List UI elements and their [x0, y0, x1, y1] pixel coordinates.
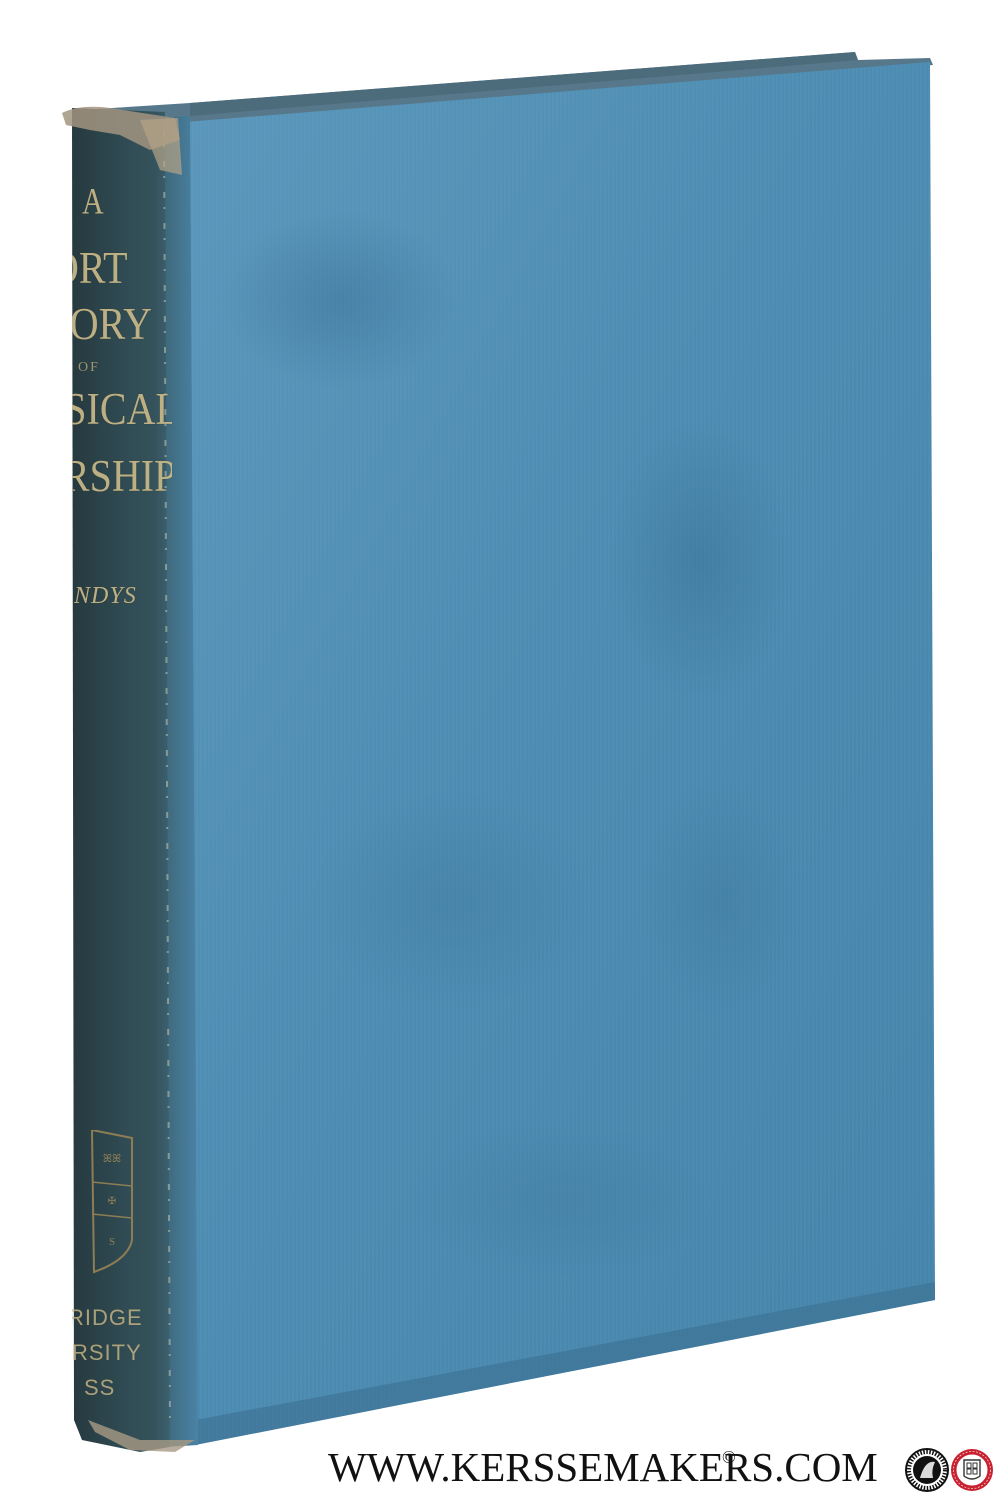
product-photo: ꕤꕤ ✠ S A ORT TORY OF SSICAL ARSHIP NDYS … — [0, 0, 1000, 1500]
copyright-icon: © — [722, 1447, 736, 1468]
svg-text:S: S — [109, 1236, 115, 1248]
book-illustration — [0, 0, 1000, 1500]
ilab-badge-icon — [950, 1448, 994, 1492]
crest-icon: ꕤꕤ ✠ S — [90, 1130, 134, 1275]
nva-badge-icon — [905, 1448, 949, 1492]
watermark-url: WWW.KERSSEMAKERS.COM — [328, 1447, 878, 1488]
svg-text:ꕤꕤ: ꕤꕤ — [103, 1153, 121, 1165]
svg-text:✠: ✠ — [108, 1196, 116, 1207]
